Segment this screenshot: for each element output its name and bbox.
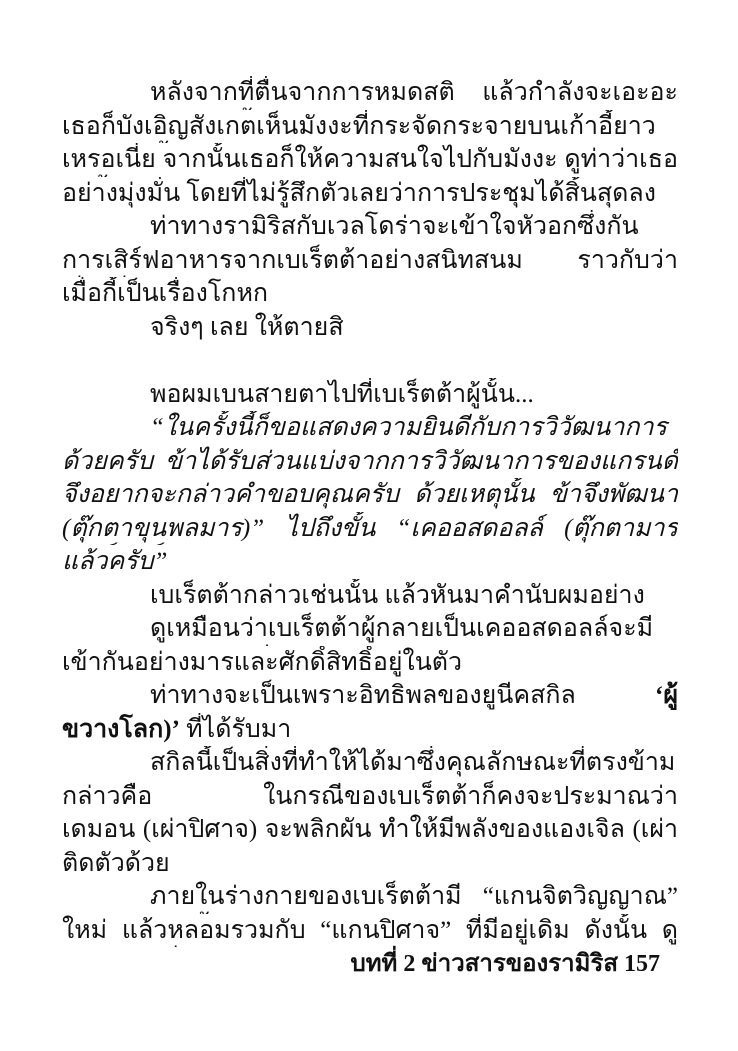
text-segment: เดมอน (เผ่าปิศาจ) จะพลิกผัน ทำให้มีพลังข… bbox=[62, 816, 678, 847]
text-line: ภายในร่างกายของเบเร็ตต้ามี “แกนจิตวิญญาณ… bbox=[62, 880, 678, 914]
text-line: ด้วยครับ ข้าได้รับส่วนแบ่งจากการวิวัฒนาก… bbox=[62, 445, 678, 479]
text-segment: จึงอยากจะกล่าวคำขอบคุณครับ ด้วยเหตุนั้น … bbox=[62, 481, 678, 512]
text-line: ดูเหมือนว่าเบเร็ตต้าผู้กลายเป็นเคออสดอลล… bbox=[62, 612, 678, 646]
text-segment: เบเร็ตต้ากล่าวเช่นนั้น แล้วหันมาคำนับผมอ… bbox=[150, 582, 645, 613]
text-segment: ที่ได้รับมา bbox=[180, 716, 291, 743]
text-line: อย่างมุ่งมั่น โดยที่ไม่รู้สึกตัวเลยว่ากา… bbox=[62, 177, 678, 211]
text-segment: (ตุ๊กตาขุนพลมาร)” ไปถึงขั้น “เคออสดอลล์ … bbox=[62, 515, 678, 546]
text-line: เข้ากันอย่างมารและศักดิ์สิทธิ์อยู่ในตัว bbox=[62, 646, 678, 680]
text-segment: ท่าทางจะเป็นเพราะอิทธิพลของยูนีคสกิล bbox=[150, 682, 655, 709]
text-line: ติดตัวด้วย bbox=[62, 847, 678, 881]
text-line: ใหม่ แล้วหลอมรวมกับ “แกนปิศาจ” ที่มีอยู่… bbox=[62, 914, 678, 948]
text-segment: อย่างมุ่งมั่น โดยที่ไม่รู้สึกตัวเลยว่ากา… bbox=[62, 180, 656, 211]
text-block: หลังจากที่ตื่นจากการหมดสติ แล้วกำลังจะเอ… bbox=[62, 76, 678, 947]
text-segment: พอผมเบนสายตาไปที่เบเร็ตต้าผู้นั้น... bbox=[150, 381, 534, 408]
text-line: เหรอเนี่ย จากนั้นเธอก็ให้ความสนใจไปกับมั… bbox=[62, 143, 678, 177]
text-segment: ใหม่ แล้วหลอมรวมกับ “แกนปิศาจ” ที่มีอยู่… bbox=[62, 917, 678, 948]
text-segment: จริงๆ เลย ให้ตายสิ bbox=[150, 314, 344, 341]
text-line: เมื่อกี้เป็นเรื่องโกหก bbox=[62, 277, 678, 311]
text-line: สกิลนี้เป็นสิ่งที่ทำให้ได้มาซึ่งคุณลักษณ… bbox=[62, 746, 678, 780]
book-page: หลังจากที่ตื่นจากการหมดสติ แล้วกำลังจะเอ… bbox=[0, 0, 738, 1051]
text-line: ท่าทางรามิริสกับเวลโดร่าจะเข้าใจหัวอกซึ่… bbox=[62, 210, 678, 244]
text-line: หลังจากที่ตื่นจากการหมดสติ แล้วกำลังจะเอ… bbox=[62, 76, 678, 110]
text-line: เธอก็บังเอิญสังเกตเห็นมังงะที่กระจัดกระจ… bbox=[62, 110, 678, 144]
text-segment: ท่าทางรามิริสกับเวลโดร่าจะเข้าใจหัวอกซึ่… bbox=[150, 213, 678, 244]
text-segment: ภายในร่างกายของเบเร็ตต้ามี “แกนจิตวิญญาณ… bbox=[150, 883, 678, 914]
text-line: การเสิร์ฟอาหารจากเบเร็ตต้าอย่างสนิทสนม ร… bbox=[62, 244, 678, 278]
text-line: ท่าทางจะเป็นเพราะอิทธิพลของยูนีคสกิล ‘ผู… bbox=[62, 679, 678, 713]
footer-chapter-title: บทที่ 2 ข่าวสารของรามิริส bbox=[350, 951, 618, 977]
text-segment: เหรอเนี่ย จากนั้นเธอก็ให้ความสนใจไปกับมั… bbox=[62, 146, 678, 177]
text-line: แล้วครับ” bbox=[62, 545, 678, 579]
text-segment: เธอก็บังเอิญสังเกตเห็นมังงะที่กระจัดกระจ… bbox=[62, 113, 662, 144]
text-segment: แล้วครับ” bbox=[62, 548, 167, 575]
text-segment: เข้ากันอย่างมารและศักดิ์สิทธิ์อยู่ในตัว bbox=[62, 649, 462, 676]
text-segment: “ในครั้งนี้ก็ขอแสดงความยินดีกับการวิวัฒน… bbox=[150, 414, 667, 445]
page-footer: บทที่ 2 ข่าวสารของรามิริส 157 bbox=[62, 948, 678, 981]
text-segment: ติดตัวด้วย bbox=[62, 850, 170, 877]
text-line: กล่าวคือ ในกรณีของเบเร็ตต้าก็คงจะประมาณว… bbox=[62, 780, 678, 814]
text-line: เดมอน (เผ่าปิศาจ) จะพลิกผัน ทำให้มีพลังข… bbox=[62, 813, 678, 847]
text-segment: เมื่อกี้เป็นเรื่องโกหก bbox=[62, 280, 268, 307]
text-segment: สกิลนี้เป็นสิ่งที่ทำให้ได้มาซึ่งคุณลักษณ… bbox=[150, 749, 675, 780]
text-segment: ด้วยครับ ข้าได้รับส่วนแบ่งจากการวิวัฒนาก… bbox=[62, 448, 678, 479]
text-segment: การเสิร์ฟอาหารจากเบเร็ตต้าอย่างสนิทสนม ร… bbox=[62, 247, 678, 278]
blank-line bbox=[62, 344, 678, 378]
text-line: “ในครั้งนี้ก็ขอแสดงความยินดีกับการวิวัฒน… bbox=[62, 411, 678, 445]
text-segment: กล่าวคือ ในกรณีของเบเร็ตต้าก็คงจะประมาณว… bbox=[62, 783, 678, 814]
text-line: พอผมเบนสายตาไปที่เบเร็ตต้าผู้นั้น... bbox=[62, 378, 678, 412]
text-segment: หลังจากที่ตื่นจากการหมดสติ แล้วกำลังจะเอ… bbox=[150, 79, 678, 110]
text-line: เบเร็ตต้ากล่าวเช่นนั้น แล้วหันมาคำนับผมอ… bbox=[62, 579, 678, 613]
text-line: ขวางโลก)’ ที่ได้รับมา bbox=[62, 713, 678, 747]
text-line: (ตุ๊กตาขุนพลมาร)” ไปถึงขั้น “เคออสดอลล์ … bbox=[62, 512, 678, 546]
text-line: จริงๆ เลย ให้ตายสิ bbox=[62, 311, 678, 345]
footer-page-number: 157 bbox=[624, 951, 660, 977]
text-segment: ดูเหมือนว่าเบเร็ตต้าผู้กลายเป็นเคออสดอลล… bbox=[150, 615, 653, 646]
bold-text-segment: ขวางโลก)’ bbox=[62, 716, 180, 743]
text-line: จึงอยากจะกล่าวคำขอบคุณครับ ด้วยเหตุนั้น … bbox=[62, 478, 678, 512]
